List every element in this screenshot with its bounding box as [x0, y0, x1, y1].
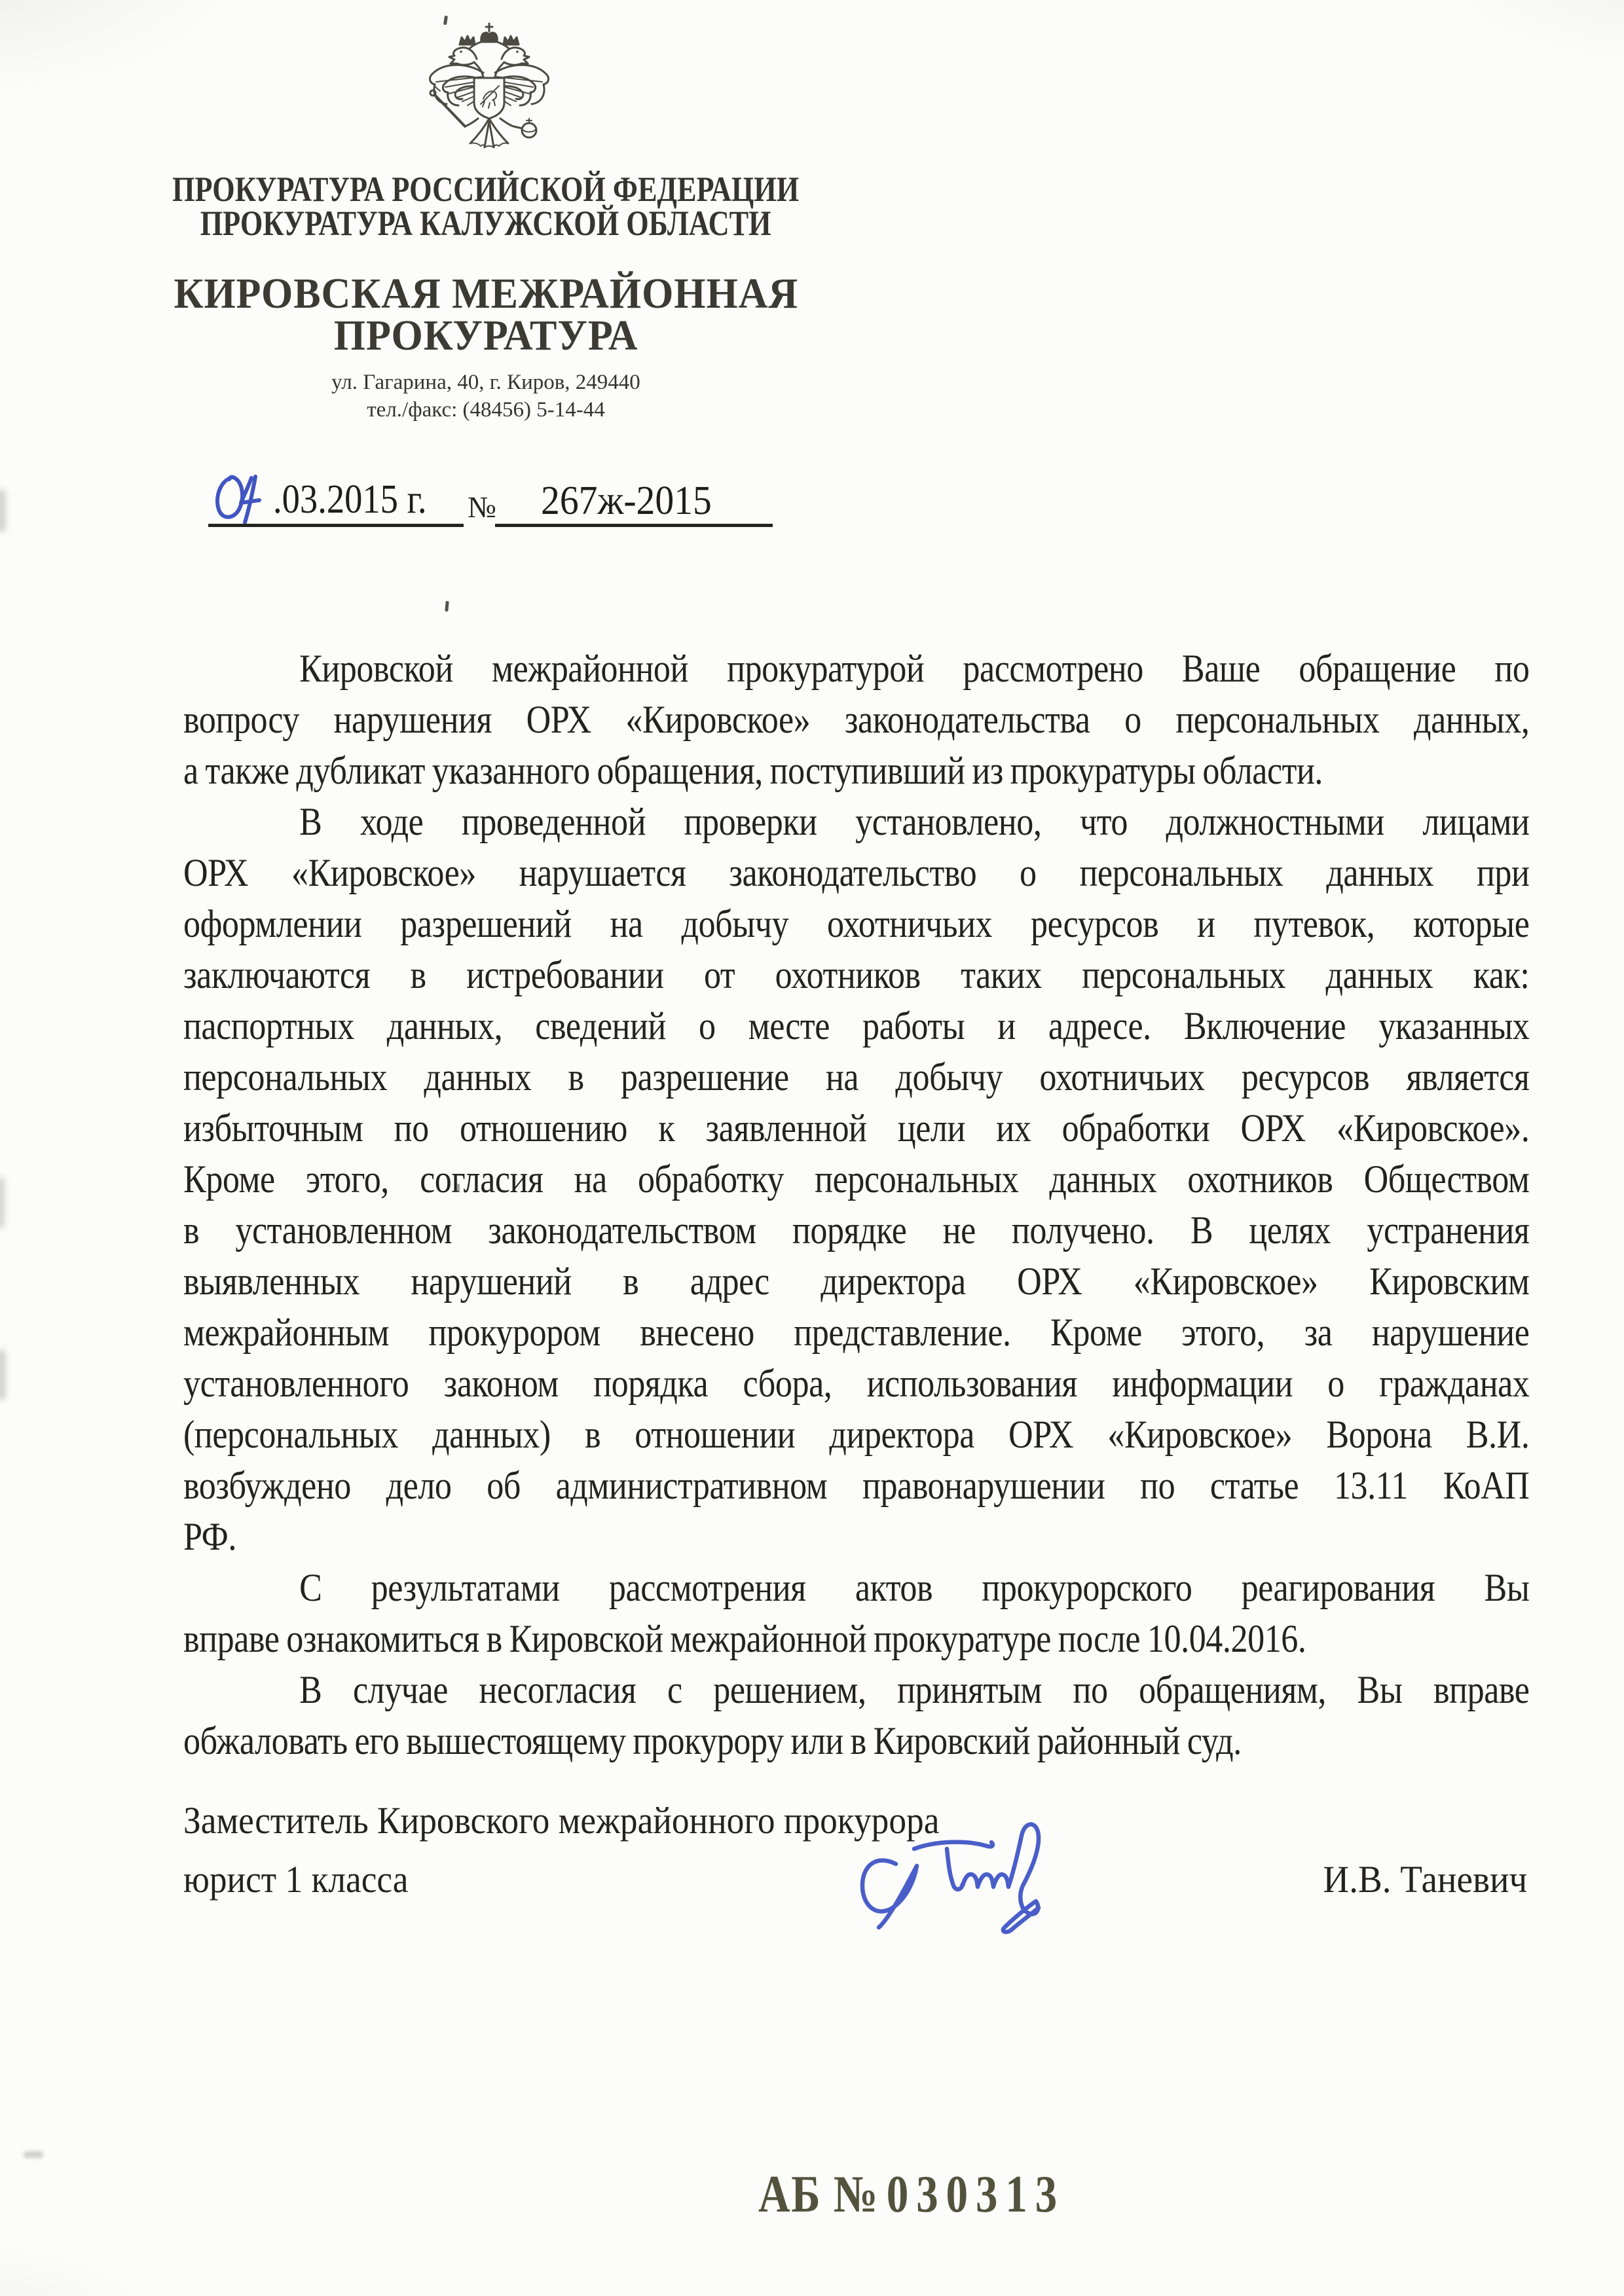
body-line: С результатами рассмотрения актов прокур… — [183, 1562, 1529, 1613]
org-name-line2: ПРОКУРАТУРА КАЛУЖСКОЙ ОБЛАСТИ — [0, 206, 972, 241]
body-line: персональных данных в разрешение на добы… — [183, 1051, 1529, 1102]
body-line: установленного законом порядка сбора, ис… — [183, 1358, 1529, 1409]
body-line: вправе ознакомиться в Кировской межрайон… — [183, 1613, 1529, 1664]
body-line: В ходе проведенной проверки установлено,… — [183, 796, 1529, 847]
body-line: заключаются в истребовании от охотников … — [183, 949, 1529, 1000]
body-line: возбуждено дело об административном прав… — [183, 1460, 1529, 1511]
body-line: Кроме этого, согласия на обработку персо… — [183, 1154, 1529, 1205]
body-line: избыточным по отношению к заявленной цел… — [183, 1102, 1529, 1154]
signer-position-line2: юрист 1 класса — [183, 1858, 428, 1901]
body-line: вопросу нарушения ОРХ «Кировское» законо… — [183, 694, 1529, 745]
office-name-line1: КИРОВСКАЯ МЕЖРАЙОННАЯ — [0, 272, 972, 316]
date-underline — [208, 524, 464, 527]
office-name-line2: ПРОКУРАТУРА — [0, 314, 972, 357]
office-phone: тел./факс: (48456) 5-14-44 — [0, 398, 972, 422]
letter-body: Кировской межрайонной прокуратурой рассм… — [183, 643, 1529, 1766]
body-line: паспортных данных, сведений о месте рабо… — [183, 1000, 1529, 1051]
scan-artifact — [24, 2151, 43, 2158]
body-line: а также дубликат указанного обращения, п… — [183, 745, 1529, 796]
number-underline — [495, 524, 773, 527]
body-line: РФ. — [183, 1511, 1529, 1562]
body-line: ОРХ «Кировское» нарушается законодательс… — [183, 847, 1529, 898]
body-line: В случае несогласия с решением, принятым… — [183, 1664, 1529, 1715]
body-line: обжаловать его вышестоящему прокурору ил… — [183, 1715, 1529, 1766]
serial-digits: 030313 — [887, 2166, 1065, 2223]
form-serial-number: АБ №030313 — [758, 2171, 1065, 2218]
signer-name: И.В. Таневич — [1297, 1858, 1527, 1901]
scan-artifact — [0, 1177, 4, 1228]
scan-artifact — [445, 601, 449, 611]
body-line: Кировской межрайонной прокуратурой рассм… — [183, 643, 1529, 694]
scan-artifact — [0, 490, 5, 532]
scanned-letter-page: ПРОКУРАТУРА РОССИЙСКОЙ ФЕДЕРАЦИИ ПРОКУРА… — [0, 0, 1624, 2296]
body-line: выявленных нарушений в адрес директора О… — [183, 1256, 1529, 1307]
body-line: в установленном законодательством порядк… — [183, 1205, 1529, 1256]
reference-number: 267ж-2015 — [541, 481, 724, 521]
russian-coat-of-arms-icon — [426, 22, 553, 158]
scan-artifact — [0, 1350, 5, 1400]
body-line: (персональных данных) в отношении директ… — [183, 1409, 1529, 1460]
handwritten-day-ink — [212, 470, 270, 525]
org-name-line1: ПРОКУРАТУРА РОССИЙСКОЙ ФЕДЕРАЦИИ — [0, 172, 972, 207]
office-address: ул. Гагарина, 40, г. Киров, 249440 — [0, 371, 972, 394]
serial-prefix: АБ № — [758, 2166, 879, 2223]
date-typed-part: .03.2015 г. — [273, 479, 447, 520]
number-sign: № — [468, 492, 496, 522]
handwritten-signature-icon — [857, 1815, 1053, 1936]
body-line: межрайонным прокурором внесено представл… — [183, 1307, 1529, 1358]
body-line: оформлении разрешений на добычу охотничь… — [183, 898, 1529, 949]
